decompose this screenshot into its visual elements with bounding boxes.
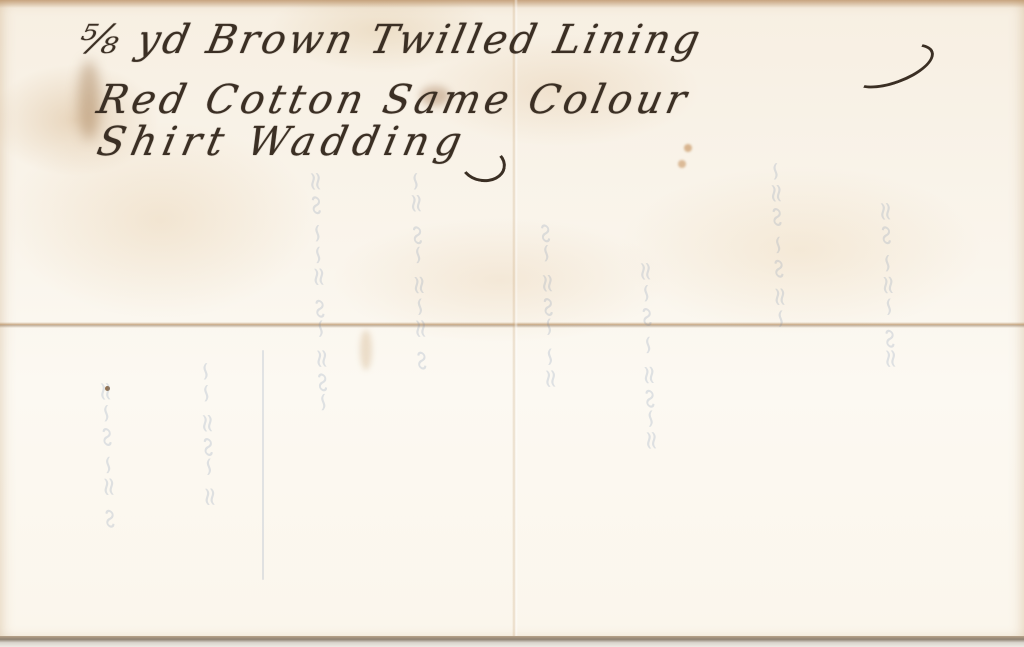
- bleed-through-stroke: [262, 350, 264, 580]
- handwriting-line-2: Red Cotton Same Colour: [93, 78, 694, 122]
- handwriting-line-1: ⅝ yd Brown Twilled Lining: [75, 18, 706, 62]
- paper-bottom-edge: [0, 636, 1024, 647]
- bleed-through-text: ∽≈ ∾∽ ≈∽≈ ∾: [400, 170, 437, 370]
- bleed-through-text: ≈∽∾ ∽≈ ∾: [90, 380, 125, 528]
- bleed-through-text: ∾∽ ≈∾∽ ∽≈: [530, 220, 566, 390]
- stain: [684, 144, 692, 152]
- bleed-through-text: ∽∽ ≈∾∽ ≈: [190, 360, 225, 508]
- bleed-through-text: ≈∾ ∽≈∽ ∾≈: [870, 200, 906, 370]
- stain: [78, 60, 100, 140]
- paper-sheet: ≈∽∾ ∽≈ ∾ ∽∽ ≈∾∽ ≈ ≈∾ ∽∽≈ ∾∽ ≈∾∽ ∽≈ ∾∽ ≈∽…: [0, 0, 1024, 641]
- stain: [360, 330, 372, 370]
- stain: [678, 160, 686, 168]
- handwriting-line-3: Shirt Wadding: [93, 120, 471, 164]
- bleed-through-text: ∽≈∾ ∽∾ ≈∽: [760, 160, 796, 330]
- ink-flourish: [846, 34, 939, 97]
- bleed-through-text: ≈∾ ∽∽≈ ∾∽ ≈∾∽: [300, 170, 338, 414]
- bleed-through-text: ≈∽∾ ∽ ≈∾∽≈: [630, 260, 667, 452]
